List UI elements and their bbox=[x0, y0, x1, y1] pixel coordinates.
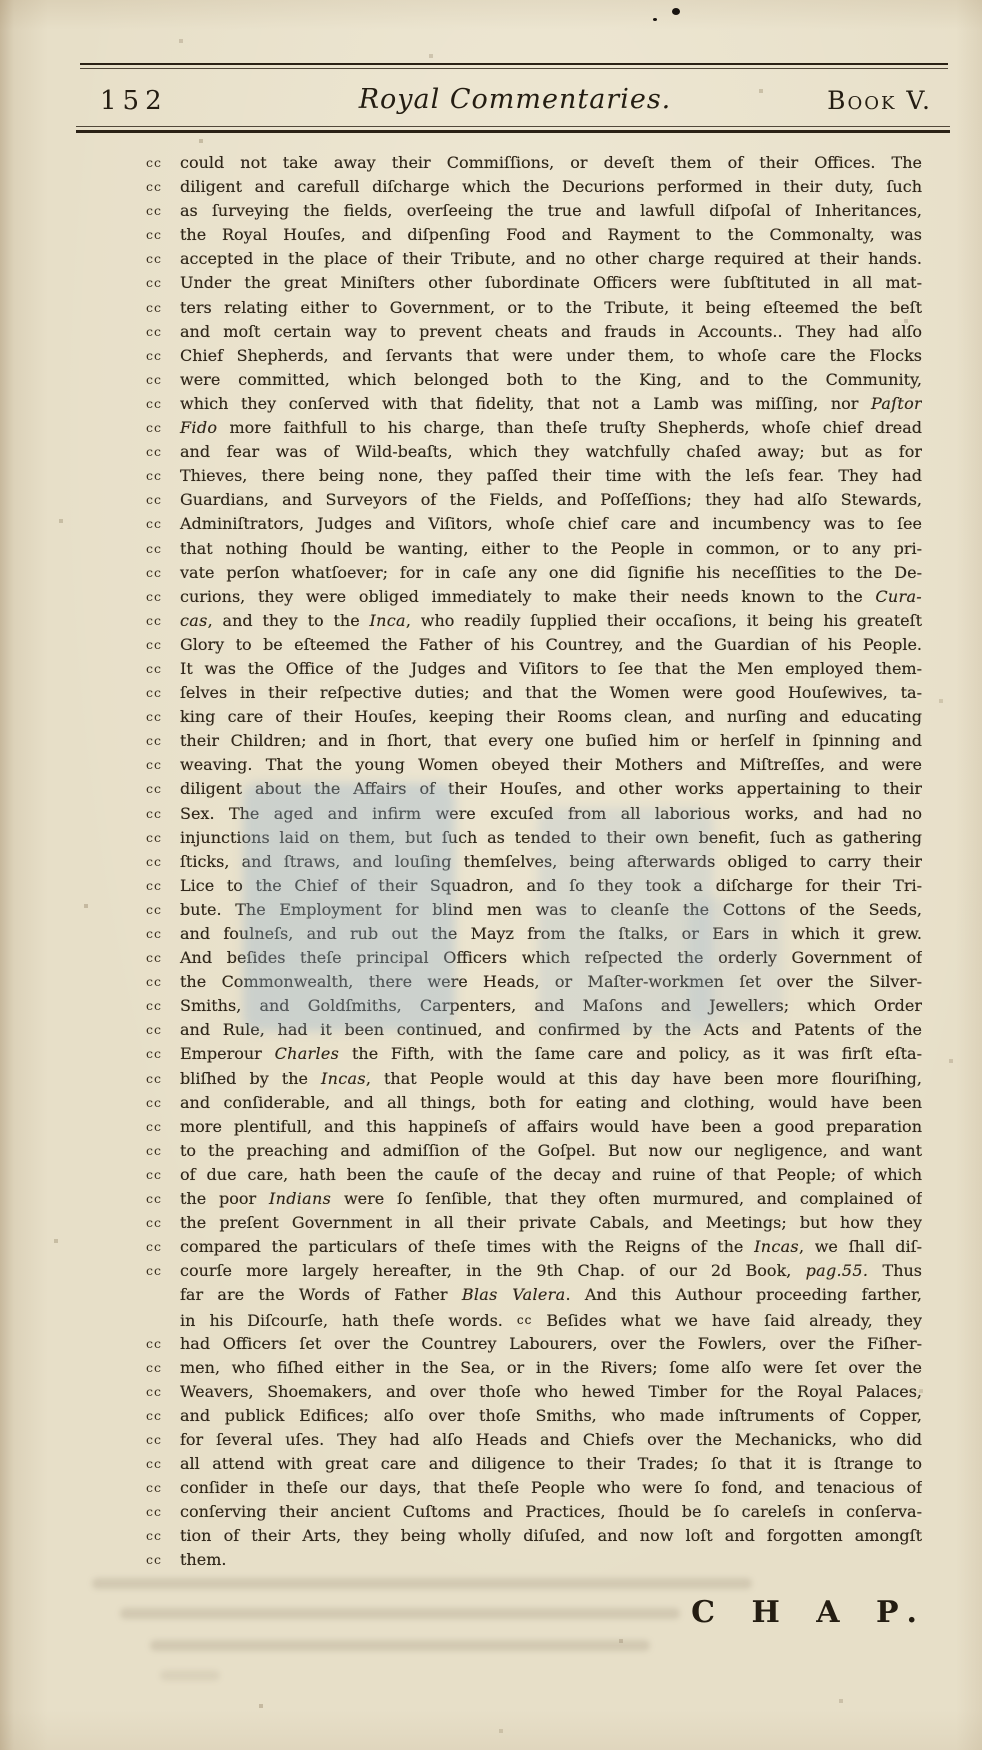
margin-quote-mark: cc bbox=[146, 1500, 180, 1524]
line-text: It was the Office of the Judges and Viſi… bbox=[180, 657, 922, 681]
text-line: far are the Words of Father Blas Valera.… bbox=[146, 1283, 922, 1307]
line-text: Adminiſtrators, Judges and Viſitors, who… bbox=[180, 512, 922, 536]
header-rule-top bbox=[80, 63, 948, 65]
line-text: more plentifull, and this happineſs of a… bbox=[180, 1115, 922, 1139]
margin-quote-mark: cc bbox=[146, 705, 180, 729]
inline-quote-mark: cc bbox=[517, 1313, 532, 1327]
margin-quote-mark: cc bbox=[146, 1452, 180, 1476]
line-text: tion of their Arts, they being wholly di… bbox=[180, 1524, 922, 1548]
text-line: ccthem. bbox=[146, 1548, 922, 1572]
margin-quote-mark: cc bbox=[146, 1139, 180, 1163]
text-line: cccompared the particulars of theſe time… bbox=[146, 1235, 922, 1259]
text-line: ccweaving. That the young Women obeyed t… bbox=[146, 753, 922, 777]
margin-quote-mark: cc bbox=[146, 1548, 180, 1572]
text-line: ccof due care, hath been the cauſe of th… bbox=[146, 1163, 922, 1187]
line-text: ters relating either to Government, or t… bbox=[180, 296, 922, 320]
text-line: ccking care of their Houſes, keeping the… bbox=[146, 705, 922, 729]
line-text: for ſeveral uſes. They had alſo Heads an… bbox=[180, 1428, 922, 1452]
margin-quote-mark: cc bbox=[146, 1428, 180, 1452]
margin-quote-mark: cc bbox=[146, 392, 180, 416]
ink-stamp-showthrough bbox=[243, 783, 455, 1031]
margin-quote-mark: cc bbox=[146, 874, 180, 898]
text-line: ccAdminiſtrators, Judges and Viſitors, w… bbox=[146, 512, 922, 536]
verso-showthrough bbox=[160, 1670, 220, 1681]
margin-quote-mark: cc bbox=[146, 1259, 180, 1283]
margin-quote-mark: cc bbox=[146, 1067, 180, 1091]
line-text: accepted in the place of their Tribute, … bbox=[180, 247, 922, 271]
line-text: Chief Shepherds, and ſervants that were … bbox=[180, 344, 922, 368]
margin-quote-mark: cc bbox=[146, 753, 180, 777]
line-text: Glory to be eſteemed the Father of his C… bbox=[180, 633, 922, 657]
text-line: ccconſerving their ancient Cuſtoms and P… bbox=[146, 1500, 922, 1524]
text-line: ccFido more faithfull to his charge, tha… bbox=[146, 416, 922, 440]
line-text: of due care, hath been the cauſe of the … bbox=[180, 1163, 922, 1187]
margin-quote-mark: cc bbox=[146, 223, 180, 247]
line-text: Fido more faithfull to his charge, than … bbox=[180, 416, 922, 440]
text-line: ccmore plentifull, and this happineſs of… bbox=[146, 1115, 922, 1139]
margin-quote-mark: cc bbox=[146, 175, 180, 199]
text-line: ccand conſiderable, and all things, both… bbox=[146, 1091, 922, 1115]
ink-blot bbox=[653, 18, 657, 21]
line-text: bliſhed by the Incas, that People would … bbox=[180, 1067, 922, 1091]
margin-quote-mark: cc bbox=[146, 681, 180, 705]
margin-quote-mark: cc bbox=[146, 561, 180, 585]
text-line: ccIt was the Office of the Judges and Vi… bbox=[146, 657, 922, 681]
margin-quote-mark: cc bbox=[146, 1187, 180, 1211]
line-text: as ſurveying the fields, overſeeing the … bbox=[180, 199, 922, 223]
margin-quote-mark: cc bbox=[146, 1042, 180, 1066]
line-text: that nothing ſhould be wanting, either t… bbox=[180, 537, 922, 561]
margin-quote-mark: cc bbox=[146, 585, 180, 609]
margin-quote-mark: cc bbox=[146, 826, 180, 850]
line-text: king care of their Houſes, keeping their… bbox=[180, 705, 922, 729]
text-line: ccChief Shepherds, and ſervants that wer… bbox=[146, 344, 922, 368]
text-line: ccwere committed, which belonged both to… bbox=[146, 368, 922, 392]
margin-quote-mark: cc bbox=[146, 1018, 180, 1042]
line-text: the poor Indians were ſo ſenſible, that … bbox=[180, 1187, 922, 1211]
ink-stamp-showthrough bbox=[538, 808, 713, 1033]
text-line: ccthe Royal Houſes, and diſpenſing Food … bbox=[146, 223, 922, 247]
margin-quote-mark bbox=[146, 1308, 180, 1332]
margin-quote-mark: cc bbox=[146, 1163, 180, 1187]
text-line: ccconſider in theſe our days, that theſe… bbox=[146, 1476, 922, 1500]
line-text: Weavers, Shoemakers, and over thoſe who … bbox=[180, 1380, 922, 1404]
margin-quote-mark: cc bbox=[146, 247, 180, 271]
text-line: ccdiligent and carefull diſcharge which … bbox=[146, 175, 922, 199]
margin-quote-mark: cc bbox=[146, 850, 180, 874]
text-line: ccUnder the great Miniſters other ſubord… bbox=[146, 271, 922, 295]
line-text: diligent and carefull diſcharge which th… bbox=[180, 175, 922, 199]
margin-quote-mark: cc bbox=[146, 1211, 180, 1235]
margin-quote-mark: cc bbox=[146, 777, 180, 801]
line-text: were committed, which belonged both to t… bbox=[180, 368, 922, 392]
margin-quote-mark: cc bbox=[146, 1091, 180, 1115]
verso-showthrough bbox=[150, 1640, 650, 1651]
margin-quote-mark: cc bbox=[146, 440, 180, 464]
margin-quote-mark: cc bbox=[146, 320, 180, 344]
line-text: cas, and they to the Inca, who readily ſ… bbox=[180, 609, 922, 633]
header-rule-bottom bbox=[76, 130, 950, 133]
text-line: ccto the preaching and admiſſion of the … bbox=[146, 1139, 922, 1163]
line-text: Thieves, there being none, they paſſed t… bbox=[180, 464, 922, 488]
margin-quote-mark: cc bbox=[146, 368, 180, 392]
text-line: cction of their Arts, they being wholly … bbox=[146, 1524, 922, 1548]
margin-quote-mark: cc bbox=[146, 1235, 180, 1259]
margin-quote-mark: cc bbox=[146, 344, 180, 368]
margin-quote-mark: cc bbox=[146, 1380, 180, 1404]
margin-quote-mark: cc bbox=[146, 151, 180, 175]
margin-quote-mark: cc bbox=[146, 488, 180, 512]
text-line: ccWeavers, Shoemakers, and over thoſe wh… bbox=[146, 1380, 922, 1404]
line-text: conſider in theſe our days, that theſe P… bbox=[180, 1476, 922, 1500]
margin-quote-mark: cc bbox=[146, 199, 180, 223]
line-text: far are the Words of Father Blas Valera.… bbox=[180, 1283, 922, 1307]
verso-showthrough bbox=[92, 1578, 752, 1589]
verso-showthrough bbox=[120, 1608, 680, 1619]
text-line: ccand moſt certain way to prevent cheats… bbox=[146, 320, 922, 344]
line-text: all attend with great care and diligence… bbox=[180, 1452, 922, 1476]
text-line: ccfor ſeveral uſes. They had alſo Heads … bbox=[146, 1428, 922, 1452]
line-text: compared the particulars of theſe times … bbox=[180, 1235, 922, 1259]
line-text: the Royal Houſes, and diſpenſing Food an… bbox=[180, 223, 922, 247]
text-line: ccvate perſon whatſoever; for in caſe an… bbox=[146, 561, 922, 585]
margin-quote-mark: cc bbox=[146, 1332, 180, 1356]
margin-quote-mark: cc bbox=[146, 946, 180, 970]
text-line: ccGlory to be eſteemed the Father of his… bbox=[146, 633, 922, 657]
text-line: cccould not take away their Commiſſions,… bbox=[146, 151, 922, 175]
margin-quote-mark: cc bbox=[146, 537, 180, 561]
ink-blot bbox=[672, 8, 680, 15]
book-page: 152 Royal Commentaries. Book V. cccould … bbox=[0, 0, 982, 1750]
header-rule-bottom-thin bbox=[76, 126, 950, 127]
text-line: ccall attend with great care and diligen… bbox=[146, 1452, 922, 1476]
text-line: ccEmperour Charles the Fifth, with the ſ… bbox=[146, 1042, 922, 1066]
text-line: cccas, and they to the Inca, who readily… bbox=[146, 609, 922, 633]
line-text: to the preaching and admiſſion of the Go… bbox=[180, 1139, 922, 1163]
text-line: ccters relating either to Government, or… bbox=[146, 296, 922, 320]
text-line: cccourſe more largely hereafter, in the … bbox=[146, 1259, 922, 1283]
margin-quote-mark: cc bbox=[146, 633, 180, 657]
margin-quote-mark: cc bbox=[146, 609, 180, 633]
text-line: ccbliſhed by the Incas, that People woul… bbox=[146, 1067, 922, 1091]
margin-quote-mark: cc bbox=[146, 729, 180, 753]
text-line: cchad Officers ſet over the Countrey Lab… bbox=[146, 1332, 922, 1356]
line-text: Guardians, and Surveyors of the Fields, … bbox=[180, 488, 922, 512]
text-line: ccThieves, there being none, they paſſed… bbox=[146, 464, 922, 488]
line-text: ſelves in their reſpective duties; and t… bbox=[180, 681, 922, 705]
margin-quote-mark: cc bbox=[146, 1476, 180, 1500]
margin-quote-mark: cc bbox=[146, 512, 180, 536]
line-text: conſerving their ancient Cuſtoms and Pra… bbox=[180, 1500, 922, 1524]
margin-quote-mark: cc bbox=[146, 922, 180, 946]
text-line: ccand fear was of Wild-beaſts, which the… bbox=[146, 440, 922, 464]
margin-quote-mark: cc bbox=[146, 464, 180, 488]
text-line: ccas ſurveying the fields, overſeeing th… bbox=[146, 199, 922, 223]
line-text: and conſiderable, and all things, both f… bbox=[180, 1091, 922, 1115]
line-text: and fear was of Wild-beaſts, which they … bbox=[180, 440, 922, 464]
margin-quote-mark: cc bbox=[146, 970, 180, 994]
line-text: and moſt certain way to prevent cheats a… bbox=[180, 320, 922, 344]
line-text: curions, they were obliged immediately t… bbox=[180, 585, 922, 609]
margin-quote-mark: cc bbox=[146, 271, 180, 295]
text-line: ccGuardians, and Surveyors of the Fields… bbox=[146, 488, 922, 512]
ink-stamp-showthrough bbox=[688, 898, 783, 1023]
margin-quote-mark bbox=[146, 1283, 180, 1307]
text-line: ccthat nothing ſhould be wanting, either… bbox=[146, 537, 922, 561]
text-line: ccthe preſent Government in all their pr… bbox=[146, 1211, 922, 1235]
line-text: had Officers ſet over the Countrey Labou… bbox=[180, 1332, 922, 1356]
text-line: ccſelves in their reſpective duties; and… bbox=[146, 681, 922, 705]
book-label: Book V. bbox=[827, 86, 932, 115]
text-line: in his Diſcourſe, hath theſe words. cc B… bbox=[146, 1308, 922, 1332]
line-text: in his Diſcourſe, hath theſe words. cc B… bbox=[180, 1308, 922, 1332]
line-text: which they conſerved with that fidelity,… bbox=[180, 392, 922, 416]
margin-quote-mark: cc bbox=[146, 1356, 180, 1380]
line-text: them. bbox=[180, 1548, 922, 1572]
line-text: Under the great Miniſters other ſubordin… bbox=[180, 271, 922, 295]
text-line: ccmen, who fiſhed either in the Sea, or … bbox=[146, 1356, 922, 1380]
margin-quote-mark: cc bbox=[146, 416, 180, 440]
line-text: Emperour Charles the Fifth, with the ſam… bbox=[180, 1042, 922, 1066]
line-text: weaving. That the young Women obeyed the… bbox=[180, 753, 922, 777]
margin-quote-mark: cc bbox=[146, 898, 180, 922]
text-line: ccaccepted in the place of their Tribute… bbox=[146, 247, 922, 271]
text-line: cccurions, they were obliged immediately… bbox=[146, 585, 922, 609]
line-text: could not take away their Commiſſions, o… bbox=[180, 151, 922, 175]
margin-quote-mark: cc bbox=[146, 296, 180, 320]
line-text: courſe more largely hereafter, in the 9t… bbox=[180, 1259, 922, 1283]
margin-quote-mark: cc bbox=[146, 994, 180, 1018]
line-text: their Children; and in ſhort, that every… bbox=[180, 729, 922, 753]
text-line: ccwhich they conſerved with that fidelit… bbox=[146, 392, 922, 416]
margin-quote-mark: cc bbox=[146, 1115, 180, 1139]
line-text: the preſent Government in all their priv… bbox=[180, 1211, 922, 1235]
margin-quote-mark: cc bbox=[146, 802, 180, 826]
margin-quote-mark: cc bbox=[146, 1524, 180, 1548]
header-rule-top-thin bbox=[80, 68, 948, 69]
paper-speckles bbox=[0, 0, 2, 2]
text-line: ccthe poor Indians were ſo ſenſible, tha… bbox=[146, 1187, 922, 1211]
text-line: cctheir Children; and in ſhort, that eve… bbox=[146, 729, 922, 753]
margin-quote-mark: cc bbox=[146, 657, 180, 681]
line-text: vate perſon whatſoever; for in caſe any … bbox=[180, 561, 922, 585]
line-text: men, who fiſhed either in the Sea, or in… bbox=[180, 1356, 922, 1380]
line-text: and publick Edifices; alſo over thoſe Sm… bbox=[180, 1404, 922, 1428]
text-line: ccand publick Edifices; alſo over thoſe … bbox=[146, 1404, 922, 1428]
chapter-heading: C H A P. bbox=[691, 1595, 930, 1630]
margin-quote-mark: cc bbox=[146, 1404, 180, 1428]
